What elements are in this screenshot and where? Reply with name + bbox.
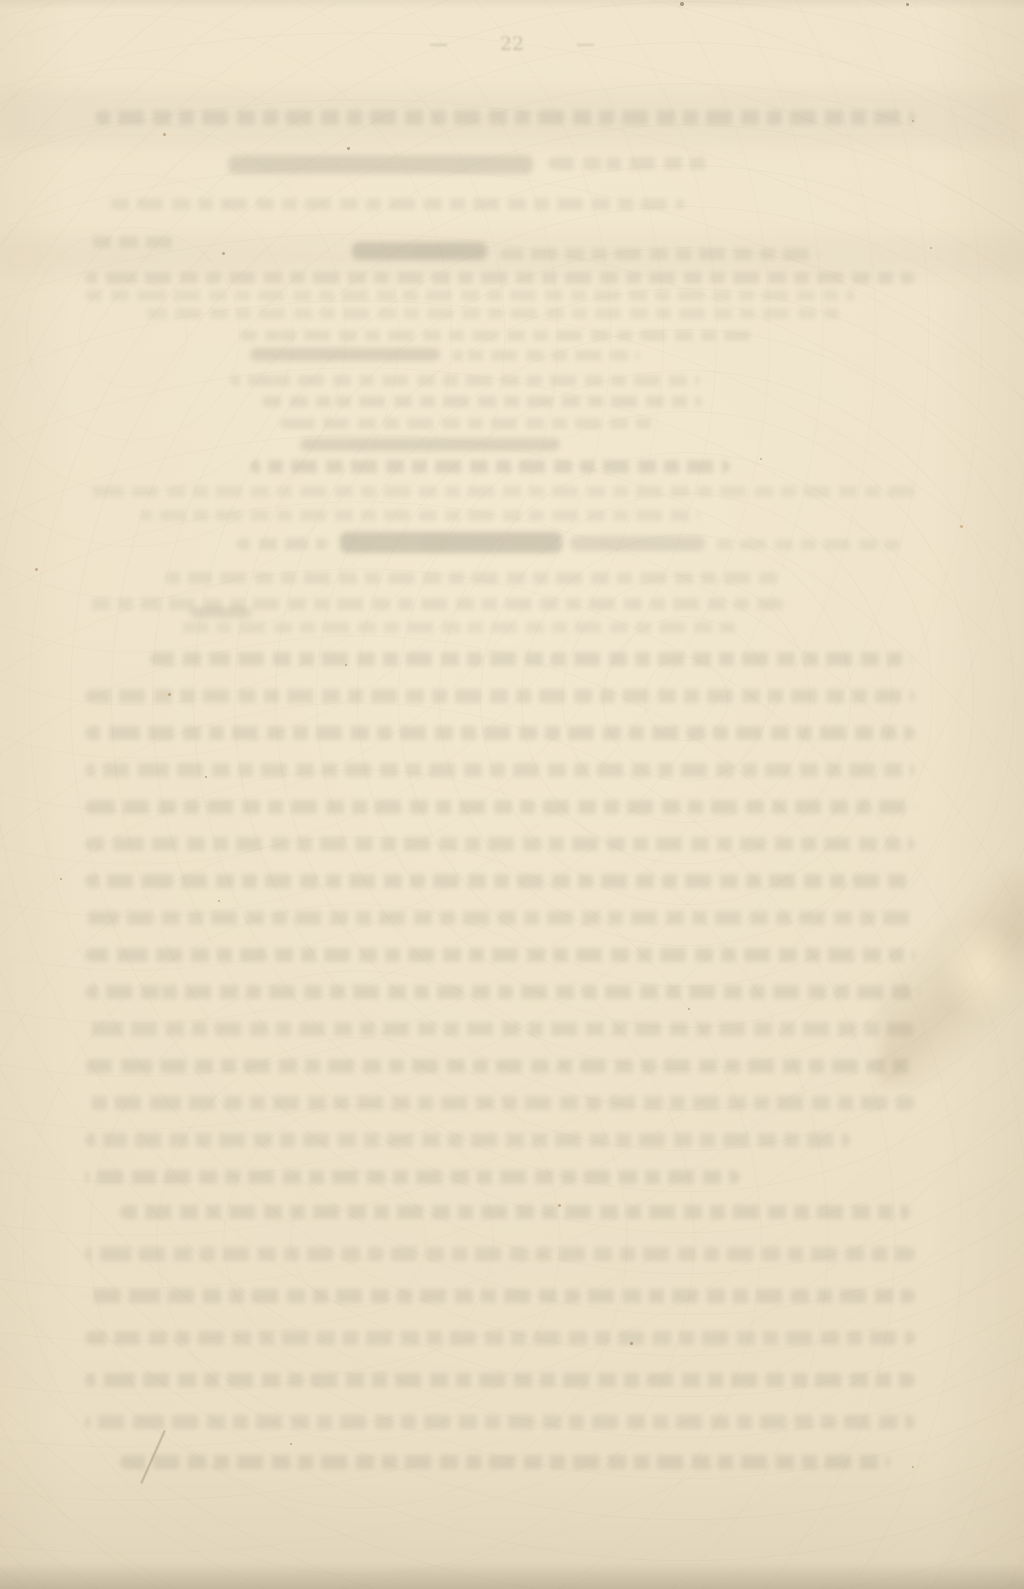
paper-speck — [163, 133, 166, 136]
ghost-text-line — [280, 418, 660, 429]
ghost-text-line — [570, 536, 705, 551]
ghost-text-line — [90, 236, 178, 248]
ghost-text-line — [85, 1059, 915, 1073]
ghost-text-line — [352, 242, 487, 260]
ghost-text-line — [85, 726, 915, 740]
ghost-text-line — [85, 1415, 915, 1429]
paper-speck — [205, 776, 207, 778]
paper-speck — [930, 247, 932, 249]
ghost-text-line — [230, 375, 700, 386]
ghost-text-line — [250, 460, 730, 473]
ghost-text-line — [452, 350, 640, 361]
paper-speck — [688, 1008, 690, 1010]
ghost-text-line — [95, 110, 915, 125]
ghost-text-line — [120, 1455, 890, 1469]
paper-speck — [760, 458, 762, 460]
ghost-text-line — [85, 598, 785, 610]
paper-speck — [218, 900, 220, 902]
page-number-dash-left: — — [429, 33, 448, 55]
ghost-text-line — [85, 948, 915, 962]
paper-speck — [60, 878, 62, 880]
ghost-text-line — [548, 157, 713, 170]
paper-speck — [912, 120, 914, 122]
paper-speck — [558, 1204, 561, 1207]
ghost-text-line — [236, 538, 328, 550]
ghost-text-line — [85, 763, 915, 777]
paper-speck — [912, 1466, 914, 1468]
paper-speck — [347, 147, 350, 150]
paper-speck — [345, 664, 347, 666]
scanned-page: —22— — [0, 0, 1024, 1589]
page-number-value: 22 — [500, 33, 524, 55]
paper-speck — [630, 1342, 633, 1345]
ghost-text-line — [85, 985, 920, 999]
ghost-text-line — [150, 652, 912, 666]
ghost-text-line — [85, 1133, 850, 1147]
ghost-text-line — [85, 874, 915, 888]
ghost-text-line — [85, 800, 915, 814]
ghost-text-line — [85, 272, 915, 284]
ghost-text-line — [85, 1373, 915, 1387]
ghost-text-line — [85, 1170, 740, 1184]
ghost-text-line — [85, 486, 915, 497]
ghost-text-line — [85, 1289, 915, 1303]
ghost-text-line — [262, 396, 702, 407]
paper-speck — [168, 693, 171, 696]
ghost-text-line — [714, 539, 900, 550]
ghost-text-line — [110, 198, 685, 210]
ghost-text-line — [85, 911, 915, 925]
ghost-text-line — [250, 348, 440, 361]
ghost-text-line — [240, 330, 760, 341]
ghost-text-line — [85, 1022, 915, 1036]
ghost-text-line — [85, 689, 915, 703]
ghost-text-line — [85, 290, 855, 301]
ghost-text-line — [340, 532, 562, 553]
ghost-text-line — [85, 1096, 915, 1110]
ghost-text-line — [300, 438, 560, 451]
ghost-text-line — [165, 572, 785, 584]
ghost-text-line — [85, 1331, 915, 1345]
ghost-text-line — [120, 1205, 910, 1219]
ghost-text-line — [85, 1247, 915, 1261]
ghost-text-line — [500, 248, 820, 260]
ghost-text-line — [228, 155, 533, 174]
crease-stain — [880, 870, 1024, 1085]
page-edge-bottom-shadow — [0, 1563, 1024, 1589]
paper-speck — [222, 252, 225, 255]
paper-speck — [290, 1443, 292, 1445]
ghost-text-line — [190, 607, 252, 618]
ghost-text-line — [140, 308, 840, 319]
page-number-dash-right: — — [576, 33, 595, 55]
ghost-text-line — [180, 622, 740, 633]
paper-speck — [35, 568, 38, 571]
ghost-text-line — [140, 510, 700, 521]
page-number: —22— — [0, 33, 1024, 55]
paper-speck — [960, 525, 963, 528]
page-edge-top-shadow — [0, 0, 1024, 10]
ghost-text-line — [85, 837, 915, 851]
paper-bright-spot — [938, 920, 1024, 1020]
